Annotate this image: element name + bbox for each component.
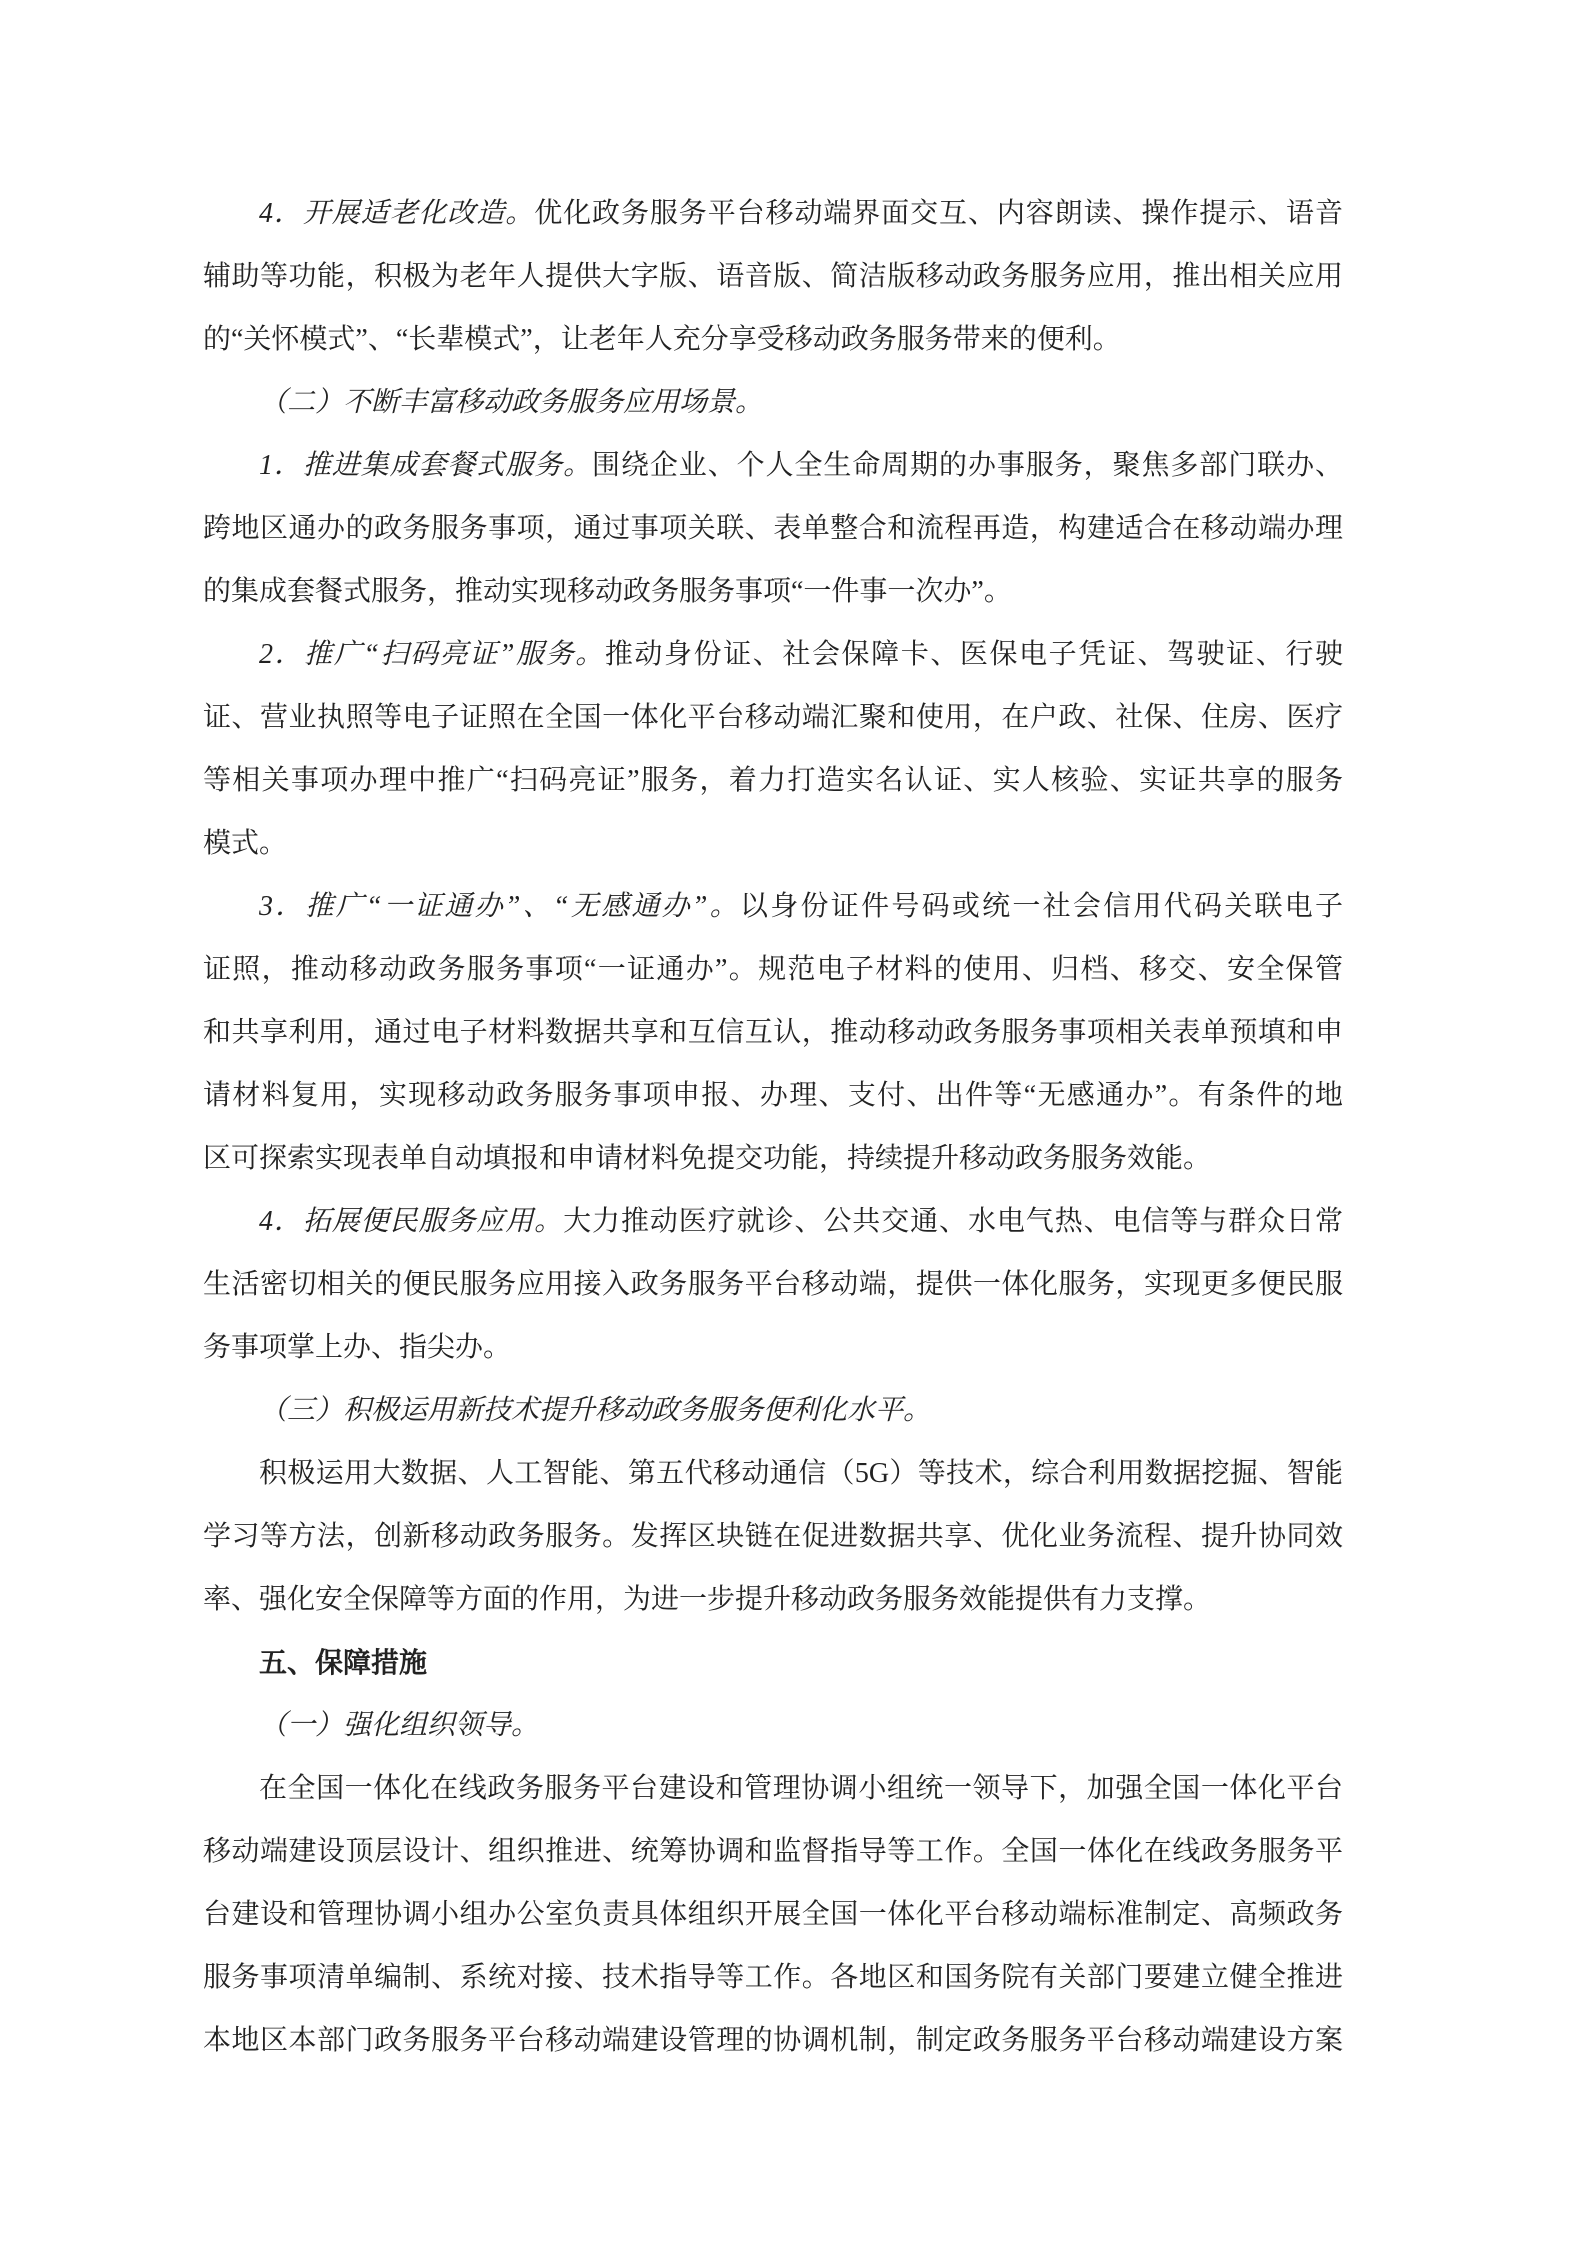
body-text: 的“关怀模式”、“长辈模式”，让老年人充分享受移动政务服务带来的便利。	[203, 324, 1121, 355]
body-text: 辅助等功能，积极为老年人提供大字版、语音版、简洁版移动政务服务应用，推出相关应用	[203, 261, 1343, 292]
lead-in-text: 2．推广“扫码亮证”服务。	[259, 639, 605, 670]
text-line: 证照，推动移动政务服务事项“一证通办”。规范电子材料的使用、归档、移交、安全保管	[203, 938, 1343, 1001]
body-text: 服务事项清单编制、系统对接、技术指导等工作。各地区和国务院有关部门要建立健全推进	[203, 1962, 1343, 1993]
section-heading: 五、保障措施	[259, 1647, 427, 1678]
lead-in-text: 1．推进集成套餐式服务。	[259, 450, 592, 481]
text-line: 五、保障措施	[203, 1631, 1343, 1694]
text-line: 服务事项清单编制、系统对接、技术指导等工作。各地区和国务院有关部门要建立健全推进	[203, 1946, 1343, 2009]
text-line: 4．开展适老化改造。优化政务服务平台移动端界面交互、内容朗读、操作提示、语音	[203, 182, 1343, 245]
text-line: 台建设和管理协调小组办公室负责具体组织开展全国一体化平台移动端标准制定、高频政务	[203, 1883, 1343, 1946]
text-line: 1．推进集成套餐式服务。围绕企业、个人全生命周期的办事服务，聚焦多部门联办、	[203, 434, 1343, 497]
body-text: 务事项掌上办、指尖办。	[203, 1332, 511, 1363]
text-line: 生活密切相关的便民服务应用接入政务服务平台移动端，提供一体化服务，实现更多便民服	[203, 1253, 1343, 1316]
body-text: 生活密切相关的便民服务应用接入政务服务平台移动端，提供一体化服务，实现更多便民服	[203, 1269, 1343, 1300]
body-text: 和共享利用，通过电子材料数据共享和互信互认，推动移动政务服务事项相关表单预填和申	[203, 1017, 1343, 1048]
text-line: 4．拓展便民服务应用。大力推动医疗就诊、公共交通、水电气热、电信等与群众日常	[203, 1190, 1343, 1253]
body-text: 大力推动医疗就诊、公共交通、水电气热、电信等与群众日常	[563, 1206, 1343, 1237]
text-line: 区可探索实现表单自动填报和申请材料免提交功能，持续提升移动政务服务效能。	[203, 1127, 1343, 1190]
text-line: 移动端建设顶层设计、组织推进、统筹协调和监督指导等工作。全国一体化在线政务服务平	[203, 1820, 1343, 1883]
text-line: （一）强化组织领导。	[203, 1694, 1343, 1757]
body-text: 等相关事项办理中推广“扫码亮证”服务，着力打造实名认证、实人核验、实证共享的服务	[203, 765, 1343, 796]
body-text: 请材料复用，实现移动政务服务事项申报、办理、支付、出件等“无感通办”。有条件的地	[203, 1080, 1343, 1111]
text-line: 跨地区通办的政务服务事项，通过事项关联、表单整合和流程再造，构建适合在移动端办理	[203, 497, 1343, 560]
text-line: 积极运用大数据、人工智能、第五代移动通信（5G）等技术，综合利用数据挖掘、智能	[203, 1442, 1343, 1505]
text-line: 证、营业执照等电子证照在全国一体化平台移动端汇聚和使用，在户政、社保、住房、医疗	[203, 686, 1343, 749]
body-text: 积极运用大数据、人工智能、第五代移动通信（5G）等技术，综合利用数据挖掘、智能	[259, 1458, 1343, 1489]
lead-in-text: （三）积极运用新技术提升移动政务服务便利化水平。	[259, 1395, 931, 1426]
lead-in-text: 4．开展适老化改造。	[259, 198, 534, 229]
body-text: 证照，推动移动政务服务事项“一证通办”。规范电子材料的使用、归档、移交、安全保管	[203, 954, 1343, 985]
body-text: 的集成套餐式服务，推动实现移动政务服务事项“一件事一次办”。	[203, 576, 1012, 607]
body-text: 证、营业执照等电子证照在全国一体化平台移动端汇聚和使用，在户政、社保、住房、医疗	[203, 702, 1343, 733]
body-text: 模式。	[203, 828, 287, 859]
text-line: 3．推广“一证通办”、“无感通办”。以身份证件号码或统一社会信用代码关联电子	[203, 875, 1343, 938]
body-text: 跨地区通办的政务服务事项，通过事项关联、表单整合和流程再造，构建适合在移动端办理	[203, 513, 1343, 544]
body-text: 优化政务服务平台移动端界面交互、内容朗读、操作提示、语音	[534, 198, 1343, 229]
document-body: 4．开展适老化改造。优化政务服务平台移动端界面交互、内容朗读、操作提示、语音辅助…	[203, 182, 1343, 2072]
body-text: 学习等方法，创新移动政务服务。发挥区块链在促进数据共享、优化业务流程、提升协同效	[203, 1521, 1343, 1552]
text-line: 辅助等功能，积极为老年人提供大字版、语音版、简洁版移动政务服务应用，推出相关应用	[203, 245, 1343, 308]
body-text: 推动身份证、社会保障卡、医保电子凭证、驾驶证、行驶	[605, 639, 1343, 670]
lead-in-text: （二）不断丰富移动政务服务应用场景。	[259, 387, 763, 418]
text-line: 的“关怀模式”、“长辈模式”，让老年人充分享受移动政务服务带来的便利。	[203, 308, 1343, 371]
document-page: 4．开展适老化改造。优化政务服务平台移动端界面交互、内容朗读、操作提示、语音辅助…	[0, 0, 1586, 2244]
lead-in-text: 3．推广“一证通办”、“无感通办”。	[259, 891, 740, 922]
text-line: （二）不断丰富移动政务服务应用场景。	[203, 371, 1343, 434]
text-line: 和共享利用，通过电子材料数据共享和互信互认，推动移动政务服务事项相关表单预填和申	[203, 1001, 1343, 1064]
lead-in-text: 4．拓展便民服务应用。	[259, 1206, 563, 1237]
text-line: 务事项掌上办、指尖办。	[203, 1316, 1343, 1379]
text-line: 请材料复用，实现移动政务服务事项申报、办理、支付、出件等“无感通办”。有条件的地	[203, 1064, 1343, 1127]
lead-in-text: （一）强化组织领导。	[259, 1710, 539, 1741]
body-text: 以身份证件号码或统一社会信用代码关联电子	[740, 891, 1343, 922]
text-line: 的集成套餐式服务，推动实现移动政务服务事项“一件事一次办”。	[203, 560, 1343, 623]
body-text: 本地区本部门政务服务平台移动端建设管理的协调机制，制定政务服务平台移动端建设方案	[203, 2025, 1343, 2056]
body-text: 在全国一体化在线政务服务平台建设和管理协调小组统一领导下，加强全国一体化平台	[259, 1773, 1343, 1804]
body-text: 移动端建设顶层设计、组织推进、统筹协调和监督指导等工作。全国一体化在线政务服务平	[203, 1836, 1343, 1867]
text-line: 模式。	[203, 812, 1343, 875]
body-text: 台建设和管理协调小组办公室负责具体组织开展全国一体化平台移动端标准制定、高频政务	[203, 1899, 1343, 1930]
body-text: 率、强化安全保障等方面的作用，为进一步提升移动政务服务效能提供有力支撑。	[203, 1584, 1211, 1615]
text-line: （三）积极运用新技术提升移动政务服务便利化水平。	[203, 1379, 1343, 1442]
text-line: 本地区本部门政务服务平台移动端建设管理的协调机制，制定政务服务平台移动端建设方案	[203, 2009, 1343, 2072]
text-line: 2．推广“扫码亮证”服务。推动身份证、社会保障卡、医保电子凭证、驾驶证、行驶	[203, 623, 1343, 686]
body-text: 围绕企业、个人全生命周期的办事服务，聚焦多部门联办、	[592, 450, 1343, 481]
text-line: 学习等方法，创新移动政务服务。发挥区块链在促进数据共享、优化业务流程、提升协同效	[203, 1505, 1343, 1568]
text-line: 率、强化安全保障等方面的作用，为进一步提升移动政务服务效能提供有力支撑。	[203, 1568, 1343, 1631]
text-line: 等相关事项办理中推广“扫码亮证”服务，着力打造实名认证、实人核验、实证共享的服务	[203, 749, 1343, 812]
body-text: 区可探索实现表单自动填报和申请材料免提交功能，持续提升移动政务服务效能。	[203, 1143, 1211, 1174]
text-line: 在全国一体化在线政务服务平台建设和管理协调小组统一领导下，加强全国一体化平台	[203, 1757, 1343, 1820]
